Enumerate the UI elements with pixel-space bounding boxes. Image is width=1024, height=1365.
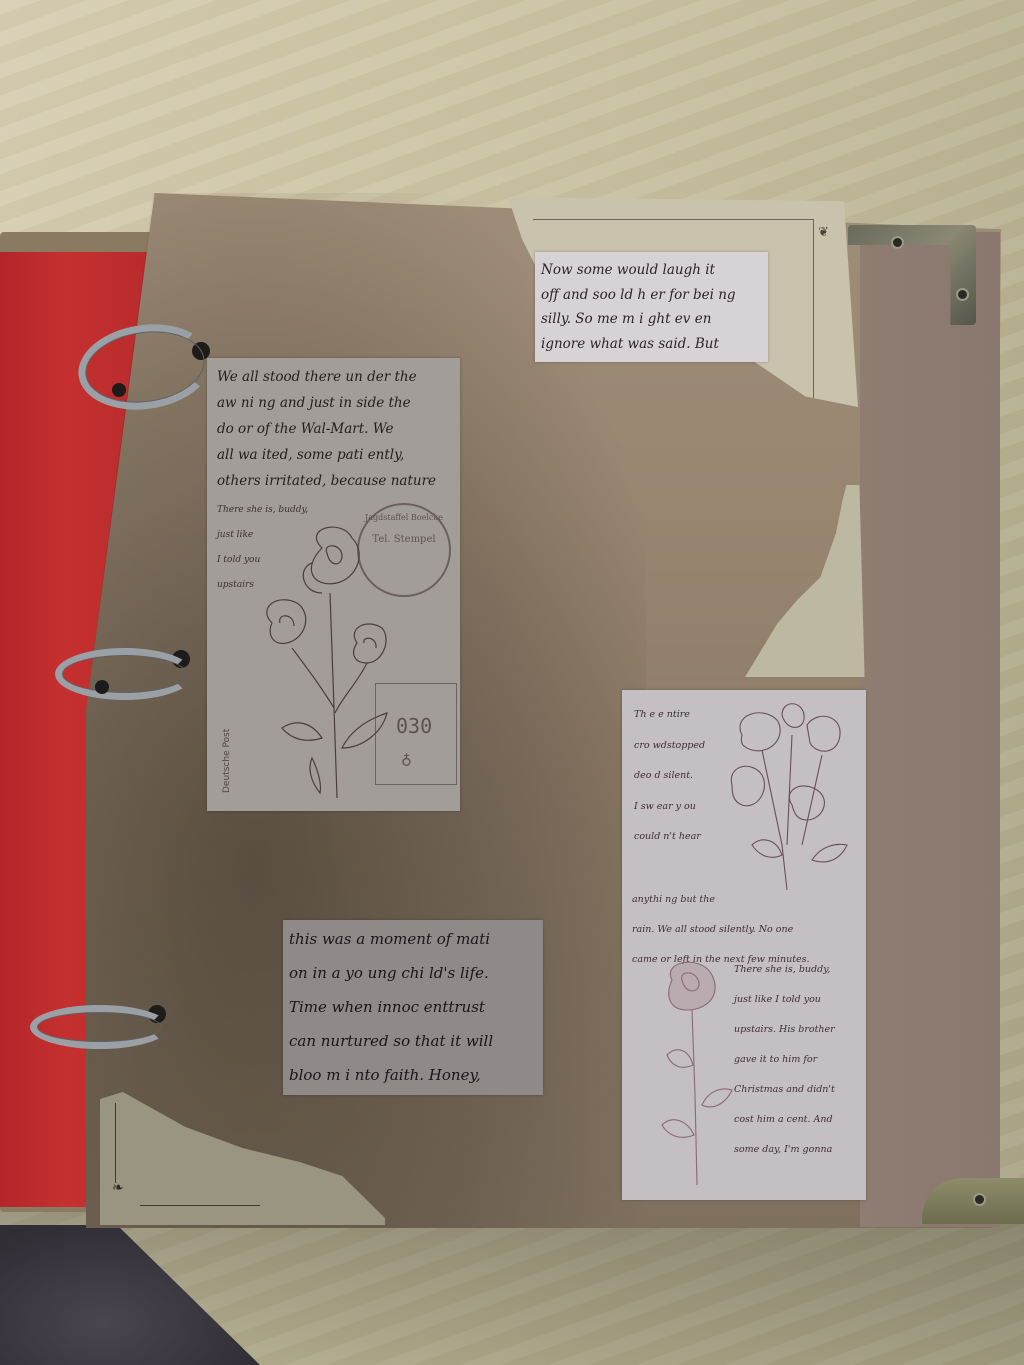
sticker-text: this was a moment of mati on in a yo ung…: [289, 922, 493, 1092]
kraft-page-right-edge: [860, 232, 1000, 1227]
rivet-icon: [893, 238, 902, 247]
pink-rose-art-icon: [647, 955, 737, 1195]
frame-line: [115, 1103, 116, 1183]
ring-end: [95, 680, 109, 694]
frame-line: [533, 219, 813, 220]
binder-ring-middle[interactable]: [55, 648, 194, 700]
post-horn-icon: ♁: [401, 749, 412, 770]
frame-line: [140, 1205, 260, 1206]
rivet-icon: [975, 1195, 984, 1204]
corner-ornament-icon: ❦: [818, 225, 829, 240]
text-sticker-top-right: Now some would laugh it off and soo ld h…: [535, 252, 768, 362]
vertical-label-text: Deutsche Post: [222, 713, 232, 793]
text-sticker-bottom-center: this was a moment of mati on in a yo ung…: [283, 920, 543, 1095]
corner-ornament-icon: ❧: [112, 1180, 124, 1196]
rivet-icon: [958, 290, 967, 299]
sticker-text: Now some would laugh it off and soo ld h…: [541, 258, 736, 356]
text-sticker-right-floral: Th e e ntire cro wdstopped deo d silent.…: [622, 690, 866, 1200]
text-sticker-left-rose: We all stood there un der the aw ni ng a…: [207, 358, 460, 811]
metal-corner-bottom-right: [922, 1178, 1024, 1224]
sticker-text-bottom: There she is, buddy, just like I told yo…: [734, 955, 835, 1165]
sticker-text-top: Th e e ntire cro wdstopped deo d silent.…: [634, 700, 705, 853]
rose-line-art-icon: [242, 508, 402, 808]
poppy-line-art-icon: [722, 695, 862, 895]
frame-line: [813, 219, 814, 399]
binder-ring-bottom[interactable]: [30, 1005, 169, 1049]
sticker-text: We all stood there un der the aw ni ng a…: [217, 364, 436, 494]
ring-end: [112, 383, 126, 397]
